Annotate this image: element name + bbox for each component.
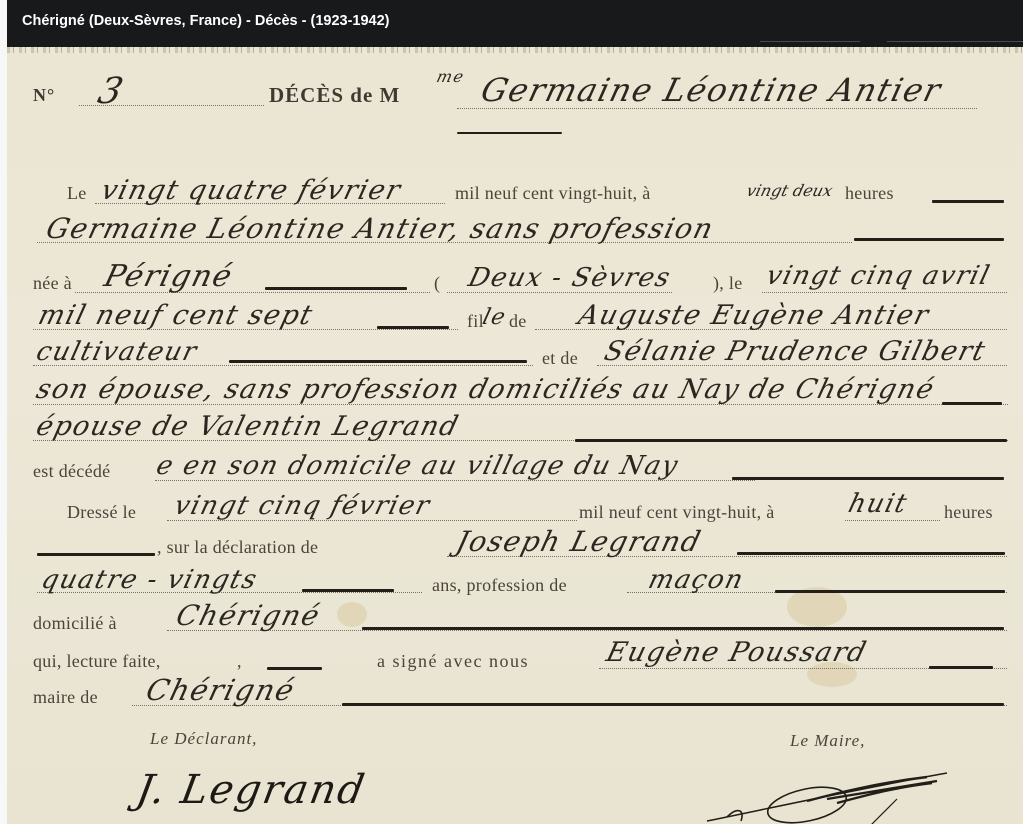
handwritten-father: Auguste Eugène Antier (575, 300, 933, 331)
handwritten-declarant: Joseph Legrand (453, 525, 705, 558)
title-suffix: me (435, 67, 467, 86)
handwritten-birthyear: mil neuf cent sept (35, 300, 316, 331)
fill-bar (362, 627, 1004, 630)
print-text: ), le (713, 273, 742, 294)
fill-bar (37, 553, 155, 556)
handwritten-declarant-job: maçon (645, 565, 747, 595)
print-text: , (237, 651, 242, 672)
fill-bar (775, 590, 1005, 593)
handwritten-parents-residence: son épouse, sans profession domiciliés a… (33, 374, 938, 405)
print-text: heures (944, 502, 993, 523)
handwritten-declarant-residence: Chérigné (173, 599, 324, 632)
handwritten-declarant-age: quatre - vingts (38, 565, 261, 595)
handwritten-gender-suffix: le (480, 305, 509, 330)
left-margin (0, 0, 7, 824)
fill-bar (942, 402, 1002, 405)
handwritten-death-place: e en son domicile au village du Nay (153, 451, 682, 481)
fill-bar (267, 667, 322, 670)
title-bar-divider (760, 41, 860, 42)
print-text: heures (845, 183, 894, 204)
handwritten-commune: Chérigné (143, 673, 299, 707)
fill-bar (377, 326, 449, 329)
handwritten-record-hour: huit (845, 489, 911, 519)
handwritten-spouse: épouse de Valentin Legrand (33, 411, 462, 442)
heading-underline (457, 132, 562, 134)
handwritten-birthplace: Périgné (101, 259, 237, 294)
print-text: mil neuf cent vingt-huit, à (579, 502, 775, 523)
title-bar-divider (887, 41, 1023, 42)
fill-bar (854, 238, 1004, 241)
fill-bar (732, 477, 1004, 480)
deceased-name-heading: Germaine Léontine Antier (477, 71, 946, 109)
print-text: a signé avec nous (377, 651, 529, 672)
print-text: Le (67, 183, 87, 204)
print-text: est décédé (33, 461, 110, 482)
handwritten-identity: Germaine Léontine Antier, sans professio… (43, 212, 718, 245)
fill-bar (302, 589, 394, 592)
fill-bar (737, 552, 1005, 555)
fill-bar (575, 439, 1007, 442)
print-text: ( (434, 273, 440, 294)
print-text: qui, lecture faite, (33, 651, 161, 672)
handwritten-department: Deux - Sèvres (465, 263, 674, 293)
fill-bar (932, 200, 1004, 203)
paper-stain (787, 587, 847, 627)
title-bar: Chérigné (Deux-Sèvres, France) - Décès -… (7, 0, 1023, 47)
handwritten-birthdate: vingt cinq avril (763, 261, 993, 291)
print-text: , sur la déclaration de (157, 537, 318, 558)
mayor-label: Le Maire, (790, 731, 865, 751)
torn-page-edge (7, 47, 1023, 53)
fill-bar (929, 666, 993, 669)
print-text: domicilié à (33, 613, 117, 634)
paper-stain (337, 602, 367, 627)
print-text: mil neuf cent vingt-huit, à (455, 183, 651, 204)
handwritten-date: vingt quatre février (98, 175, 404, 206)
record-heading: DÉCÈS de M (269, 83, 400, 108)
handwritten-father-job: cultivateur (33, 337, 201, 367)
handwritten-mayor-name: Eugène Poussard (603, 637, 870, 668)
number-label: N° (33, 85, 55, 106)
handwritten-mother: Sélanie Prudence Gilbert (601, 336, 989, 367)
fill-bar (342, 703, 1004, 706)
print-text: Dressé le (67, 502, 136, 523)
print-text: née à (33, 273, 72, 294)
handwritten-record-date: vingt cinq février (171, 491, 433, 521)
fill-bar (229, 360, 527, 363)
declarant-label: Le Déclarant, (150, 729, 257, 749)
print-text: maire de (33, 687, 98, 708)
fill-line (845, 520, 940, 521)
declarant-signature: J. Legrand (133, 767, 370, 813)
print-text: et de (542, 348, 578, 369)
fill-bar (265, 287, 407, 290)
print-text: de (509, 311, 527, 332)
record-title: Chérigné (Deux-Sèvres, France) - Décès -… (22, 13, 390, 29)
fill-line (762, 292, 1007, 293)
document-scan[interactable]: N° 3 DÉCÈS de M me Germaine Léontine Ant… (7, 47, 1023, 824)
handwritten-hour: vingt deux (745, 181, 835, 200)
print-text: ans, profession de (432, 575, 567, 596)
mayor-signature (697, 759, 957, 824)
